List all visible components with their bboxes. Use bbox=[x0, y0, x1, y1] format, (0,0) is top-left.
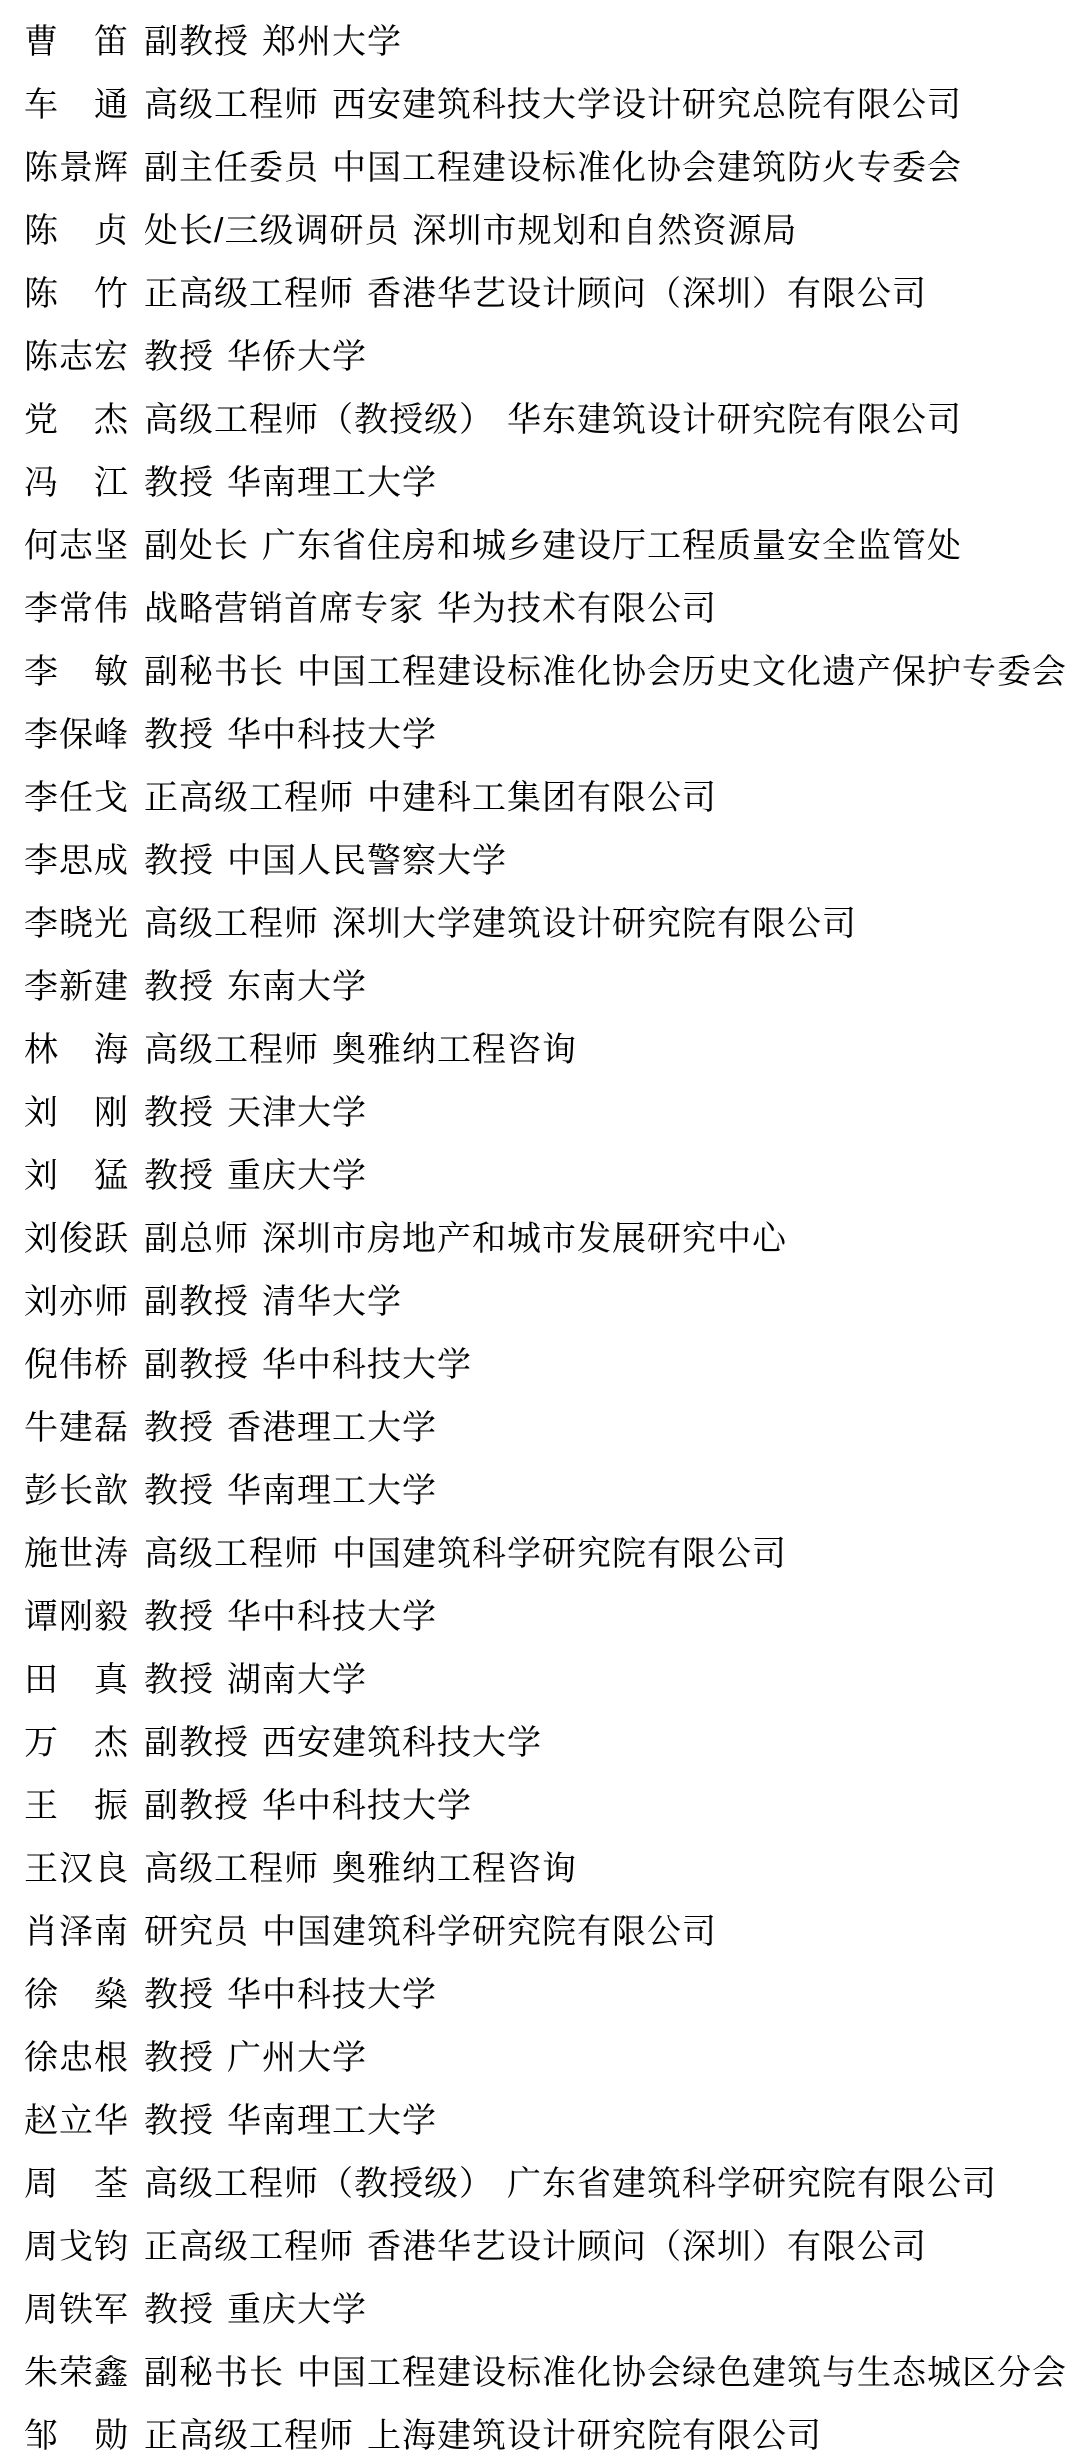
expert-name: 党 杰 bbox=[24, 392, 129, 441]
list-item: 李晓光 高级工程师 深圳大学建筑设计研究院有限公司 bbox=[24, 889, 1080, 952]
expert-title: 教授 bbox=[144, 959, 214, 1008]
expert-name: 邹 勋 bbox=[24, 2408, 129, 2457]
expert-organization: 广东省住房和城乡建设厅工程质量安全监管处 bbox=[262, 518, 962, 567]
list-item: 刘俊跃 副总师 深圳市房地产和城市发展研究中心 bbox=[24, 1204, 1080, 1267]
expert-title: 副主任委员 bbox=[144, 140, 319, 189]
list-item: 王 振 副教授 华中科技大学 bbox=[24, 1771, 1080, 1834]
expert-name: 李常伟 bbox=[24, 581, 129, 630]
expert-title: 副秘书长 bbox=[144, 644, 284, 693]
expert-name: 曹 笛 bbox=[24, 14, 129, 63]
list-item: 牛建磊 教授 香港理工大学 bbox=[24, 1393, 1080, 1456]
expert-title: 副教授 bbox=[144, 1274, 249, 1323]
expert-title: 战略营销首席专家 bbox=[144, 581, 424, 630]
expert-organization: 华中科技大学 bbox=[262, 1778, 472, 1827]
expert-name: 林 海 bbox=[24, 1022, 129, 1071]
expert-title: 高级工程师 bbox=[144, 1841, 319, 1890]
expert-organization: 华南理工大学 bbox=[227, 455, 437, 504]
expert-organization: 清华大学 bbox=[262, 1274, 402, 1323]
expert-organization: 湖南大学 bbox=[227, 1652, 367, 1701]
expert-organization: 西安建筑科技大学设计研究总院有限公司 bbox=[332, 77, 962, 126]
expert-name: 李 敏 bbox=[24, 644, 129, 693]
expert-title: 教授 bbox=[144, 1589, 214, 1638]
expert-title: 高级工程师 bbox=[144, 77, 319, 126]
expert-organization: 西安建筑科技大学 bbox=[262, 1715, 542, 1764]
list-item: 倪伟桥 副教授 华中科技大学 bbox=[24, 1330, 1080, 1393]
expert-organization: 华中科技大学 bbox=[227, 1967, 437, 2016]
expert-organization: 香港华艺设计顾问（深圳）有限公司 bbox=[367, 2219, 927, 2268]
expert-organization: 中国工程建设标准化协会绿色建筑与生态城区分会 bbox=[297, 2345, 1067, 2394]
list-item: 陈景辉 副主任委员 中国工程建设标准化协会建筑防火专委会 bbox=[24, 133, 1080, 196]
expert-name: 李新建 bbox=[24, 959, 129, 1008]
expert-name: 李思成 bbox=[24, 833, 129, 882]
expert-title: 教授 bbox=[144, 1400, 214, 1449]
expert-title: 教授 bbox=[144, 833, 214, 882]
expert-name: 田 真 bbox=[24, 1652, 129, 1701]
expert-name: 谭刚毅 bbox=[24, 1589, 129, 1638]
list-item: 徐忠根 教授 广州大学 bbox=[24, 2023, 1080, 2086]
expert-title: 处长/三级调研员 bbox=[144, 203, 399, 252]
expert-organization: 香港理工大学 bbox=[227, 1400, 437, 1449]
expert-organization: 华东建筑设计研究院有限公司 bbox=[507, 392, 962, 441]
list-item: 田 真 教授 湖南大学 bbox=[24, 1645, 1080, 1708]
expert-name: 周 荃 bbox=[24, 2156, 129, 2205]
expert-organization: 深圳市房地产和城市发展研究中心 bbox=[262, 1211, 787, 1260]
expert-organization: 郑州大学 bbox=[262, 14, 402, 63]
list-item: 李保峰 教授 华中科技大学 bbox=[24, 700, 1080, 763]
expert-name: 李晓光 bbox=[24, 896, 129, 945]
list-item: 刘 猛 教授 重庆大学 bbox=[24, 1141, 1080, 1204]
expert-list: 曹 笛 副教授 郑州大学 车 通 高级工程师 西安建筑科技大学设计研究总院有限公… bbox=[0, 0, 1080, 2459]
list-item: 肖泽南 研究员 中国建筑科学研究院有限公司 bbox=[24, 1897, 1080, 1960]
list-item: 周戈钧 正高级工程师 香港华艺设计顾问（深圳）有限公司 bbox=[24, 2212, 1080, 2275]
expert-organization: 奥雅纳工程咨询 bbox=[332, 1841, 577, 1890]
expert-title: 教授 bbox=[144, 1085, 214, 1134]
list-item: 党 杰 高级工程师（教授级） 华东建筑设计研究院有限公司 bbox=[24, 385, 1080, 448]
expert-organization: 中国工程建设标准化协会历史文化遗产保护专委会 bbox=[297, 644, 1067, 693]
expert-title: 副教授 bbox=[144, 14, 249, 63]
expert-name: 周戈钧 bbox=[24, 2219, 129, 2268]
expert-organization: 天津大学 bbox=[227, 1085, 367, 1134]
expert-organization: 重庆大学 bbox=[227, 1148, 367, 1197]
expert-organization: 广州大学 bbox=[227, 2030, 367, 2079]
list-item: 车 通 高级工程师 西安建筑科技大学设计研究总院有限公司 bbox=[24, 70, 1080, 133]
list-item: 邹 勋 正高级工程师 上海建筑设计研究院有限公司 bbox=[24, 2401, 1080, 2459]
expert-name: 赵立华 bbox=[24, 2093, 129, 2142]
expert-title: 副教授 bbox=[144, 1337, 249, 1386]
expert-name: 彭长歆 bbox=[24, 1463, 129, 1512]
list-item: 陈 贞 处长/三级调研员 深圳市规划和自然资源局 bbox=[24, 196, 1080, 259]
expert-title: 研究员 bbox=[144, 1904, 249, 1953]
expert-title: 教授 bbox=[144, 1652, 214, 1701]
expert-organization: 中国人民警察大学 bbox=[227, 833, 507, 882]
expert-title: 教授 bbox=[144, 1967, 214, 2016]
expert-organization: 广东省建筑科学研究院有限公司 bbox=[507, 2156, 997, 2205]
expert-title: 正高级工程师 bbox=[144, 2219, 354, 2268]
expert-organization: 上海建筑设计研究院有限公司 bbox=[367, 2408, 822, 2457]
list-item: 周 荃 高级工程师（教授级） 广东省建筑科学研究院有限公司 bbox=[24, 2149, 1080, 2212]
list-item: 周铁军 教授 重庆大学 bbox=[24, 2275, 1080, 2338]
expert-name: 肖泽南 bbox=[24, 1904, 129, 1953]
expert-organization: 华中科技大学 bbox=[227, 707, 437, 756]
expert-name: 李保峰 bbox=[24, 707, 129, 756]
expert-title: 教授 bbox=[144, 1148, 214, 1197]
expert-name: 何志坚 bbox=[24, 518, 129, 567]
list-item: 彭长歆 教授 华南理工大学 bbox=[24, 1456, 1080, 1519]
list-item: 何志坚 副处长 广东省住房和城乡建设厅工程质量安全监管处 bbox=[24, 511, 1080, 574]
expert-organization: 华中科技大学 bbox=[227, 1589, 437, 1638]
expert-name: 陈 竹 bbox=[24, 266, 129, 315]
expert-title: 高级工程师 bbox=[144, 1022, 319, 1071]
expert-name: 刘俊跃 bbox=[24, 1211, 129, 1260]
expert-name: 陈志宏 bbox=[24, 329, 129, 378]
expert-title: 教授 bbox=[144, 2093, 214, 2142]
expert-name: 徐忠根 bbox=[24, 2030, 129, 2079]
expert-name: 刘亦师 bbox=[24, 1274, 129, 1323]
expert-name: 李任戈 bbox=[24, 770, 129, 819]
expert-name: 王汉良 bbox=[24, 1841, 129, 1890]
expert-name: 陈景辉 bbox=[24, 140, 129, 189]
expert-name: 王 振 bbox=[24, 1778, 129, 1827]
list-item: 刘亦师 副教授 清华大学 bbox=[24, 1267, 1080, 1330]
expert-name: 刘 刚 bbox=[24, 1085, 129, 1134]
expert-organization: 华南理工大学 bbox=[227, 1463, 437, 1512]
expert-name: 车 通 bbox=[24, 77, 129, 126]
expert-title: 教授 bbox=[144, 2030, 214, 2079]
expert-name: 刘 猛 bbox=[24, 1148, 129, 1197]
expert-title: 高级工程师（教授级） bbox=[144, 392, 494, 441]
list-item: 曹 笛 副教授 郑州大学 bbox=[24, 7, 1080, 70]
list-item: 朱荣鑫 副秘书长 中国工程建设标准化协会绿色建筑与生态城区分会 bbox=[24, 2338, 1080, 2401]
expert-name: 周铁军 bbox=[24, 2282, 129, 2331]
expert-name: 朱荣鑫 bbox=[24, 2345, 129, 2394]
list-item: 赵立华 教授 华南理工大学 bbox=[24, 2086, 1080, 2149]
expert-organization: 重庆大学 bbox=[227, 2282, 367, 2331]
expert-organization: 深圳市规划和自然资源局 bbox=[412, 203, 797, 252]
list-item: 谭刚毅 教授 华中科技大学 bbox=[24, 1582, 1080, 1645]
list-item: 万 杰 副教授 西安建筑科技大学 bbox=[24, 1708, 1080, 1771]
expert-title: 副秘书长 bbox=[144, 2345, 284, 2394]
expert-title: 教授 bbox=[144, 1463, 214, 1512]
expert-organization: 华中科技大学 bbox=[262, 1337, 472, 1386]
expert-name: 陈 贞 bbox=[24, 203, 129, 252]
expert-name: 徐 燊 bbox=[24, 1967, 129, 2016]
expert-title: 正高级工程师 bbox=[144, 770, 354, 819]
list-item: 陈志宏 教授 华侨大学 bbox=[24, 322, 1080, 385]
list-item: 李任戈 正高级工程师 中建科工集团有限公司 bbox=[24, 763, 1080, 826]
expert-title: 副教授 bbox=[144, 1778, 249, 1827]
list-item: 刘 刚 教授 天津大学 bbox=[24, 1078, 1080, 1141]
expert-title: 高级工程师 bbox=[144, 1526, 319, 1575]
expert-title: 副处长 bbox=[144, 518, 249, 567]
expert-title: 高级工程师（教授级） bbox=[144, 2156, 494, 2205]
expert-name: 冯 江 bbox=[24, 455, 129, 504]
expert-organization: 中建科工集团有限公司 bbox=[367, 770, 717, 819]
expert-name: 施世涛 bbox=[24, 1526, 129, 1575]
expert-organization: 华南理工大学 bbox=[227, 2093, 437, 2142]
list-item: 李常伟 战略营销首席专家 华为技术有限公司 bbox=[24, 574, 1080, 637]
expert-organization: 东南大学 bbox=[227, 959, 367, 1008]
expert-organization: 华为技术有限公司 bbox=[437, 581, 717, 630]
list-item: 林 海 高级工程师 奥雅纳工程咨询 bbox=[24, 1015, 1080, 1078]
expert-title: 正高级工程师 bbox=[144, 266, 354, 315]
list-item: 李思成 教授 中国人民警察大学 bbox=[24, 826, 1080, 889]
expert-title: 教授 bbox=[144, 329, 214, 378]
expert-organization: 中国建筑科学研究院有限公司 bbox=[332, 1526, 787, 1575]
expert-organization: 奥雅纳工程咨询 bbox=[332, 1022, 577, 1071]
list-item: 王汉良 高级工程师 奥雅纳工程咨询 bbox=[24, 1834, 1080, 1897]
expert-title: 副教授 bbox=[144, 1715, 249, 1764]
list-item: 陈 竹 正高级工程师 香港华艺设计顾问（深圳）有限公司 bbox=[24, 259, 1080, 322]
expert-title: 教授 bbox=[144, 455, 214, 504]
expert-name: 牛建磊 bbox=[24, 1400, 129, 1449]
list-item: 施世涛 高级工程师 中国建筑科学研究院有限公司 bbox=[24, 1519, 1080, 1582]
list-item: 李新建 教授 东南大学 bbox=[24, 952, 1080, 1015]
expert-title: 高级工程师 bbox=[144, 896, 319, 945]
expert-title: 教授 bbox=[144, 707, 214, 756]
list-item: 冯 江 教授 华南理工大学 bbox=[24, 448, 1080, 511]
expert-organization: 中国工程建设标准化协会建筑防火专委会 bbox=[332, 140, 962, 189]
list-item: 李 敏 副秘书长 中国工程建设标准化协会历史文化遗产保护专委会 bbox=[24, 637, 1080, 700]
expert-organization: 中国建筑科学研究院有限公司 bbox=[262, 1904, 717, 1953]
expert-organization: 华侨大学 bbox=[227, 329, 367, 378]
list-item: 徐 燊 教授 华中科技大学 bbox=[24, 1960, 1080, 2023]
expert-name: 倪伟桥 bbox=[24, 1337, 129, 1386]
expert-title: 副总师 bbox=[144, 1211, 249, 1260]
expert-title: 教授 bbox=[144, 2282, 214, 2331]
expert-name: 万 杰 bbox=[24, 1715, 129, 1764]
expert-title: 正高级工程师 bbox=[144, 2408, 354, 2457]
expert-organization: 深圳大学建筑设计研究院有限公司 bbox=[332, 896, 857, 945]
expert-organization: 香港华艺设计顾问（深圳）有限公司 bbox=[367, 266, 927, 315]
